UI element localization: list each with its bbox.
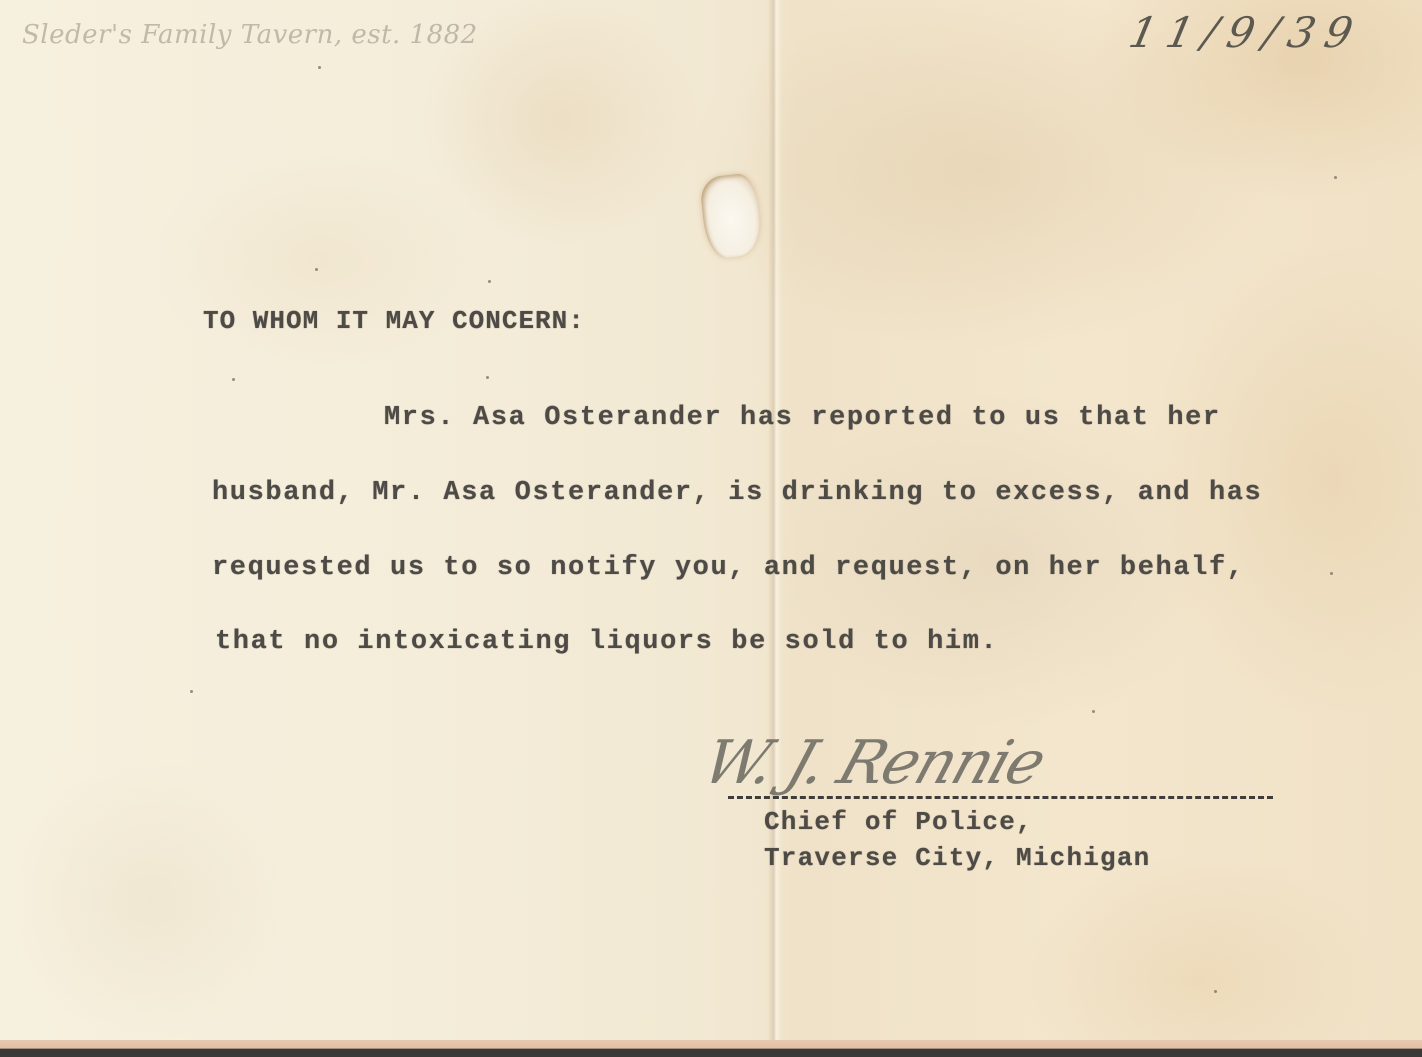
letter-body-line: husband, Mr. Asa Osterander, is drinking… (212, 478, 1262, 508)
paper-speck (190, 690, 193, 693)
paper-hole-damage (699, 172, 763, 259)
paper-speck (1330, 572, 1333, 575)
paper-speck (315, 268, 318, 271)
handwritten-signature: W. J. Rennie (695, 728, 1053, 798)
paper-speck (488, 280, 491, 283)
paper-speck (318, 66, 321, 69)
signer-location: Traverse City, Michigan (764, 843, 1150, 873)
letter-body-line: that no intoxicating liquors be sold to … (215, 627, 998, 657)
letter-body-line: Mrs. Asa Osterander has reported to us t… (384, 403, 1221, 433)
signature-line (728, 796, 1273, 799)
handwritten-date: 11/9/39 (1125, 8, 1367, 57)
paper-speck (1334, 176, 1337, 179)
paper-speck (1214, 990, 1217, 993)
frame-bottom-edge (0, 1040, 1422, 1057)
document-paper: Sleder's Family Tavern, est. 1882 11/9/3… (0, 0, 1422, 1040)
letter-salutation: TO WHOM IT MAY CONCERN: (203, 306, 585, 336)
paper-speck (1092, 710, 1095, 713)
tavern-watermark: Sleder's Family Tavern, est. 1882 (22, 20, 478, 50)
paper-fold-crease (768, 0, 782, 1040)
paper-speck (486, 376, 489, 379)
letter-body-line: requested us to so notify you, and reque… (212, 553, 1245, 583)
signer-title: Chief of Police, (764, 807, 1033, 837)
paper-speck (232, 378, 235, 381)
